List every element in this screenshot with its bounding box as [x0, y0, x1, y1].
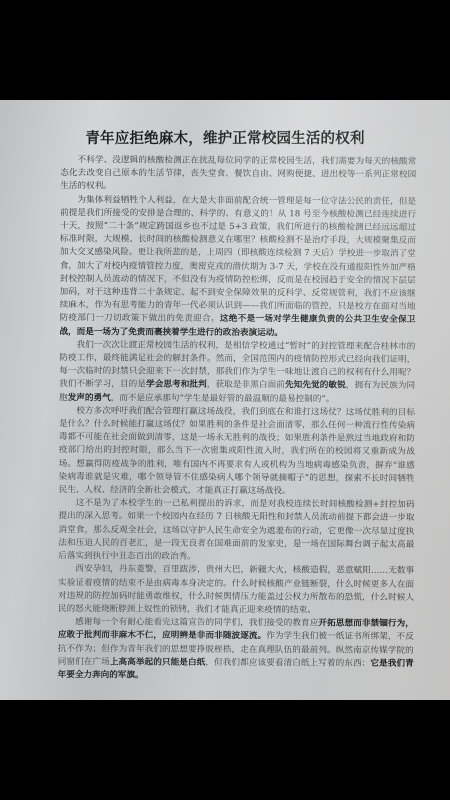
emphasized-text: 先知先觉的敏锐: [285, 381, 346, 391]
paragraph: 西安孕妇，丹东菱警，百里跋涉，贵州大巴，新疆大火，核酸造假，恶意赋阳……无数事实…: [58, 563, 414, 618]
document-body: 不科学、没逻辑的核酸检测正在扰乱每位同学的正常校园生活，我们需要为每天的核酸常态…: [58, 154, 417, 684]
text-run: ，而不是应承那句“学生是最好管的最温顺的最易控制的”。: [111, 393, 335, 404]
text-run: 感谢每一个有耐心能看完这篇宣告的同学们，我们接受的教育应: [75, 617, 318, 628]
document-photo: 青年应拒绝麻木，维护正常校园生活的权利 不科学、没逻辑的核酸检测正在扰乱每位同学…: [0, 100, 450, 700]
emphasized-text: 学会思考和批判: [146, 380, 207, 390]
text-run: ，但我们都应该要看清白纸上写着的东西：: [205, 658, 370, 669]
text-run: 这不是为了本校学生的一己私利提出的诉求，而是对我校连续长时间核酸检测+封控加码提…: [58, 498, 414, 561]
document-title: 青年应拒绝麻木，维护正常校园生活的权利: [0, 127, 450, 148]
text-run: 校方多次呼吁我们配合管理打赢这场战役，我们到底在和谁打这场仗？这场仗胜利的目标是…: [59, 406, 415, 496]
emphasized-text: 发声的勇气: [68, 393, 111, 403]
text-run: 西安孕妇，丹东菱警，百里跋涉，贵州大巴，新疆大火，核酸造假，恶意赋阳……无数事实…: [58, 564, 414, 615]
emphasized-text: 上高高举起的只能是白纸: [110, 657, 206, 668]
paragraph: 为集体利益牺牲个人利益，在大是大非面前配合统一管理是每一位守法公民的责任，但是前…: [59, 194, 416, 341]
text-run: 为集体利益牺牲个人利益，在大是大非面前配合统一管理是每一位守法公民的责任，但是前…: [59, 195, 416, 325]
paragraph: 校方多次呼吁我们配合管理打赢这场战役，我们到底在和谁打这场仗？这场仗胜利的目标是…: [59, 405, 415, 499]
text-run: 不科学、没逻辑的核酸检测正在扰乱每位同学的正常校园生活，我们需要为每天的核酸常态…: [60, 155, 416, 192]
text-run: ，获取是非黑白面前: [207, 380, 285, 390]
paragraph: 这不是为了本校学生的一己私利提出的诉求，而是对我校连续长时间核酸检测+封控加码提…: [58, 497, 414, 565]
paragraph: 我们一次次让渡正常校园生活的权利，是相信学校通过“暂时”的封控管理来配合桂林市的…: [59, 339, 415, 407]
paragraph: 感谢每一个有耐心能看完这篇宣告的同学们，我们接受的教育应开拓思想而非禁锢行为，应…: [58, 616, 414, 684]
paragraph: 不科学、没逻辑的核酸检测正在扰乱每位同学的正常校园生活，我们需要为每天的核酸常态…: [60, 154, 416, 195]
